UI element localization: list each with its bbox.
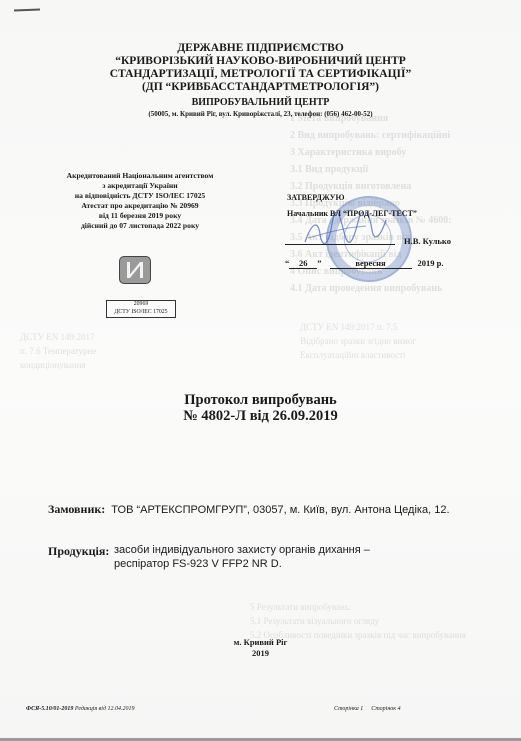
customer-label: Замовник:: [48, 502, 105, 516]
bleed-line: ДСТУ EN 149:2017: [20, 330, 96, 344]
accreditation-line: на відповідність ДСТУ ISO/IEC 17025: [40, 191, 240, 201]
bleed-line: 5 Результати випробувань:: [250, 600, 466, 614]
accreditation-block: Акредитований Національним агентством з …: [40, 171, 240, 231]
approver-position: Начальник ВЛ “ПРОД-ЛЕГ-ТЕСТ”: [287, 209, 417, 218]
city: м. Кривий Ріг: [0, 637, 521, 648]
place-and-year: м. Кривий Ріг 2019: [0, 637, 521, 659]
bleed-through-text-3: ДСТУ EN 149:2017 п. 7.6 Температурне кон…: [20, 330, 96, 372]
accreditation-line: з акредитації України: [40, 181, 240, 191]
bleed-line: 3.1 Вид продукції: [290, 161, 452, 178]
approval-date: “26”вересня2019 р.: [285, 258, 443, 269]
cert-number: 20969: [107, 301, 175, 309]
org-line: “КРИВОРІЗЬКИЙ НАУКОВО-ВИРОБНИЧИЙ ЦЕНТР: [0, 55, 521, 68]
bleed-line: 5.1 Результати візуального огляду: [250, 614, 466, 628]
footer-pagination: Сторінка 1Сторінок 4: [334, 706, 401, 712]
scan-mark: [14, 9, 40, 12]
product-label: Продукція:: [48, 544, 109, 559]
protocol-number: № 4802-Л від 26.09.2019: [0, 408, 521, 424]
bleed-through-text-4: 5 Результати випробувань: 5.1 Результати…: [250, 600, 466, 642]
bleed-line: п. 7.6 Температурне: [20, 344, 96, 358]
product-value-line2: респіратор FS-923 V FFP2 NR D.: [114, 558, 282, 570]
bleed-line: кондиціонування: [20, 358, 96, 372]
signer-name: Н.В. Кулько: [404, 236, 451, 246]
accreditation-line: від 11 березня 2019 року: [40, 211, 240, 221]
accreditation-certificate-box: 20969 ДСТУ ISO/IEC 17025: [106, 300, 176, 318]
approval-title: ЗАТВЕРДЖУЮ: [287, 193, 345, 202]
document-page: 1 Мета випробування 2 Вид випробувань: с…: [0, 0, 521, 741]
accreditation-line: Атестат про акредитацію № 20969: [40, 201, 240, 211]
customer-value: ТОВ “АРТЕКСПРОМГРУП”, 03057, м. Київ, ву…: [111, 504, 449, 516]
cert-standard: ДСТУ ISO/IEC 17025: [107, 309, 175, 317]
signature-icon: [300, 212, 390, 252]
lab-address: (50005, м. Кривий Ріг, вул. Криворіжстал…: [0, 110, 521, 118]
organization-header: ДЕРЖАВНЕ ПІДПРИЄМСТВО “КРИВОРІЗЬКИЙ НАУК…: [0, 42, 521, 94]
signature-line: [285, 244, 395, 245]
footer-form-code: ФСЯ-5.10/01-2019 Редакція від 12.04.2019: [26, 706, 134, 712]
customer-row: Замовник:ТОВ “АРТЕКСПРОМГРУП”, 03057, м.…: [48, 502, 450, 517]
bleed-line: 2 Вид випробувань: сертифікаційні: [290, 127, 452, 144]
page-number: Сторінка 1: [334, 706, 363, 712]
protocol-title: Протокол випробувань № 4802-Л від 26.09.…: [0, 392, 521, 424]
bleed-line: ДСТУ EN 149:2017 п. 7.5: [300, 320, 416, 334]
quote-close: ”: [317, 258, 321, 268]
lab-title: ВИПРОБУВАЛЬНИЙ ЦЕНТР: [0, 97, 521, 108]
product-value-line1: засоби індивідуального захисту органів д…: [114, 544, 370, 556]
form-revision: Редакція від 12.04.2019: [75, 706, 135, 712]
approval-month: вересня: [330, 258, 412, 269]
org-line: ДЕРЖАВНЕ ПІДПРИЄМСТВО: [0, 42, 521, 55]
page-total: Сторінок 4: [371, 706, 400, 712]
accreditation-line: Акредитований Національним агентством: [40, 171, 240, 181]
approval-day: 26: [289, 258, 317, 269]
bleed-line: Відібрано зразки згідно вимог: [300, 334, 416, 348]
approval-year: 2019 р.: [418, 258, 444, 268]
protocol-title-line: Протокол випробувань: [0, 392, 521, 408]
bleed-line: 4.1 Дата проведення випробувань: [290, 280, 452, 297]
bleed-line: 3 Характеристика виробу: [290, 144, 452, 161]
form-code: ФСЯ-5.10/01-2019: [26, 706, 73, 712]
org-line: (ДП “КРИВБАССТАНДАРТМЕТРОЛОГІЯ”): [0, 81, 521, 94]
org-line: СТАНДАРТИЗАЦІЇ, МЕТРОЛОГІЇ ТА СЕРТИФІКАЦ…: [0, 68, 521, 81]
naau-logo-icon: [119, 256, 151, 284]
bleed-line: Експлуатаційні властивості: [300, 348, 416, 362]
accreditation-line: дійсний до 07 листопада 2022 року: [40, 221, 240, 231]
year: 2019: [0, 648, 521, 659]
bleed-through-text-2: ДСТУ EN 149:2017 п. 7.5 Відібрано зразки…: [300, 320, 416, 362]
